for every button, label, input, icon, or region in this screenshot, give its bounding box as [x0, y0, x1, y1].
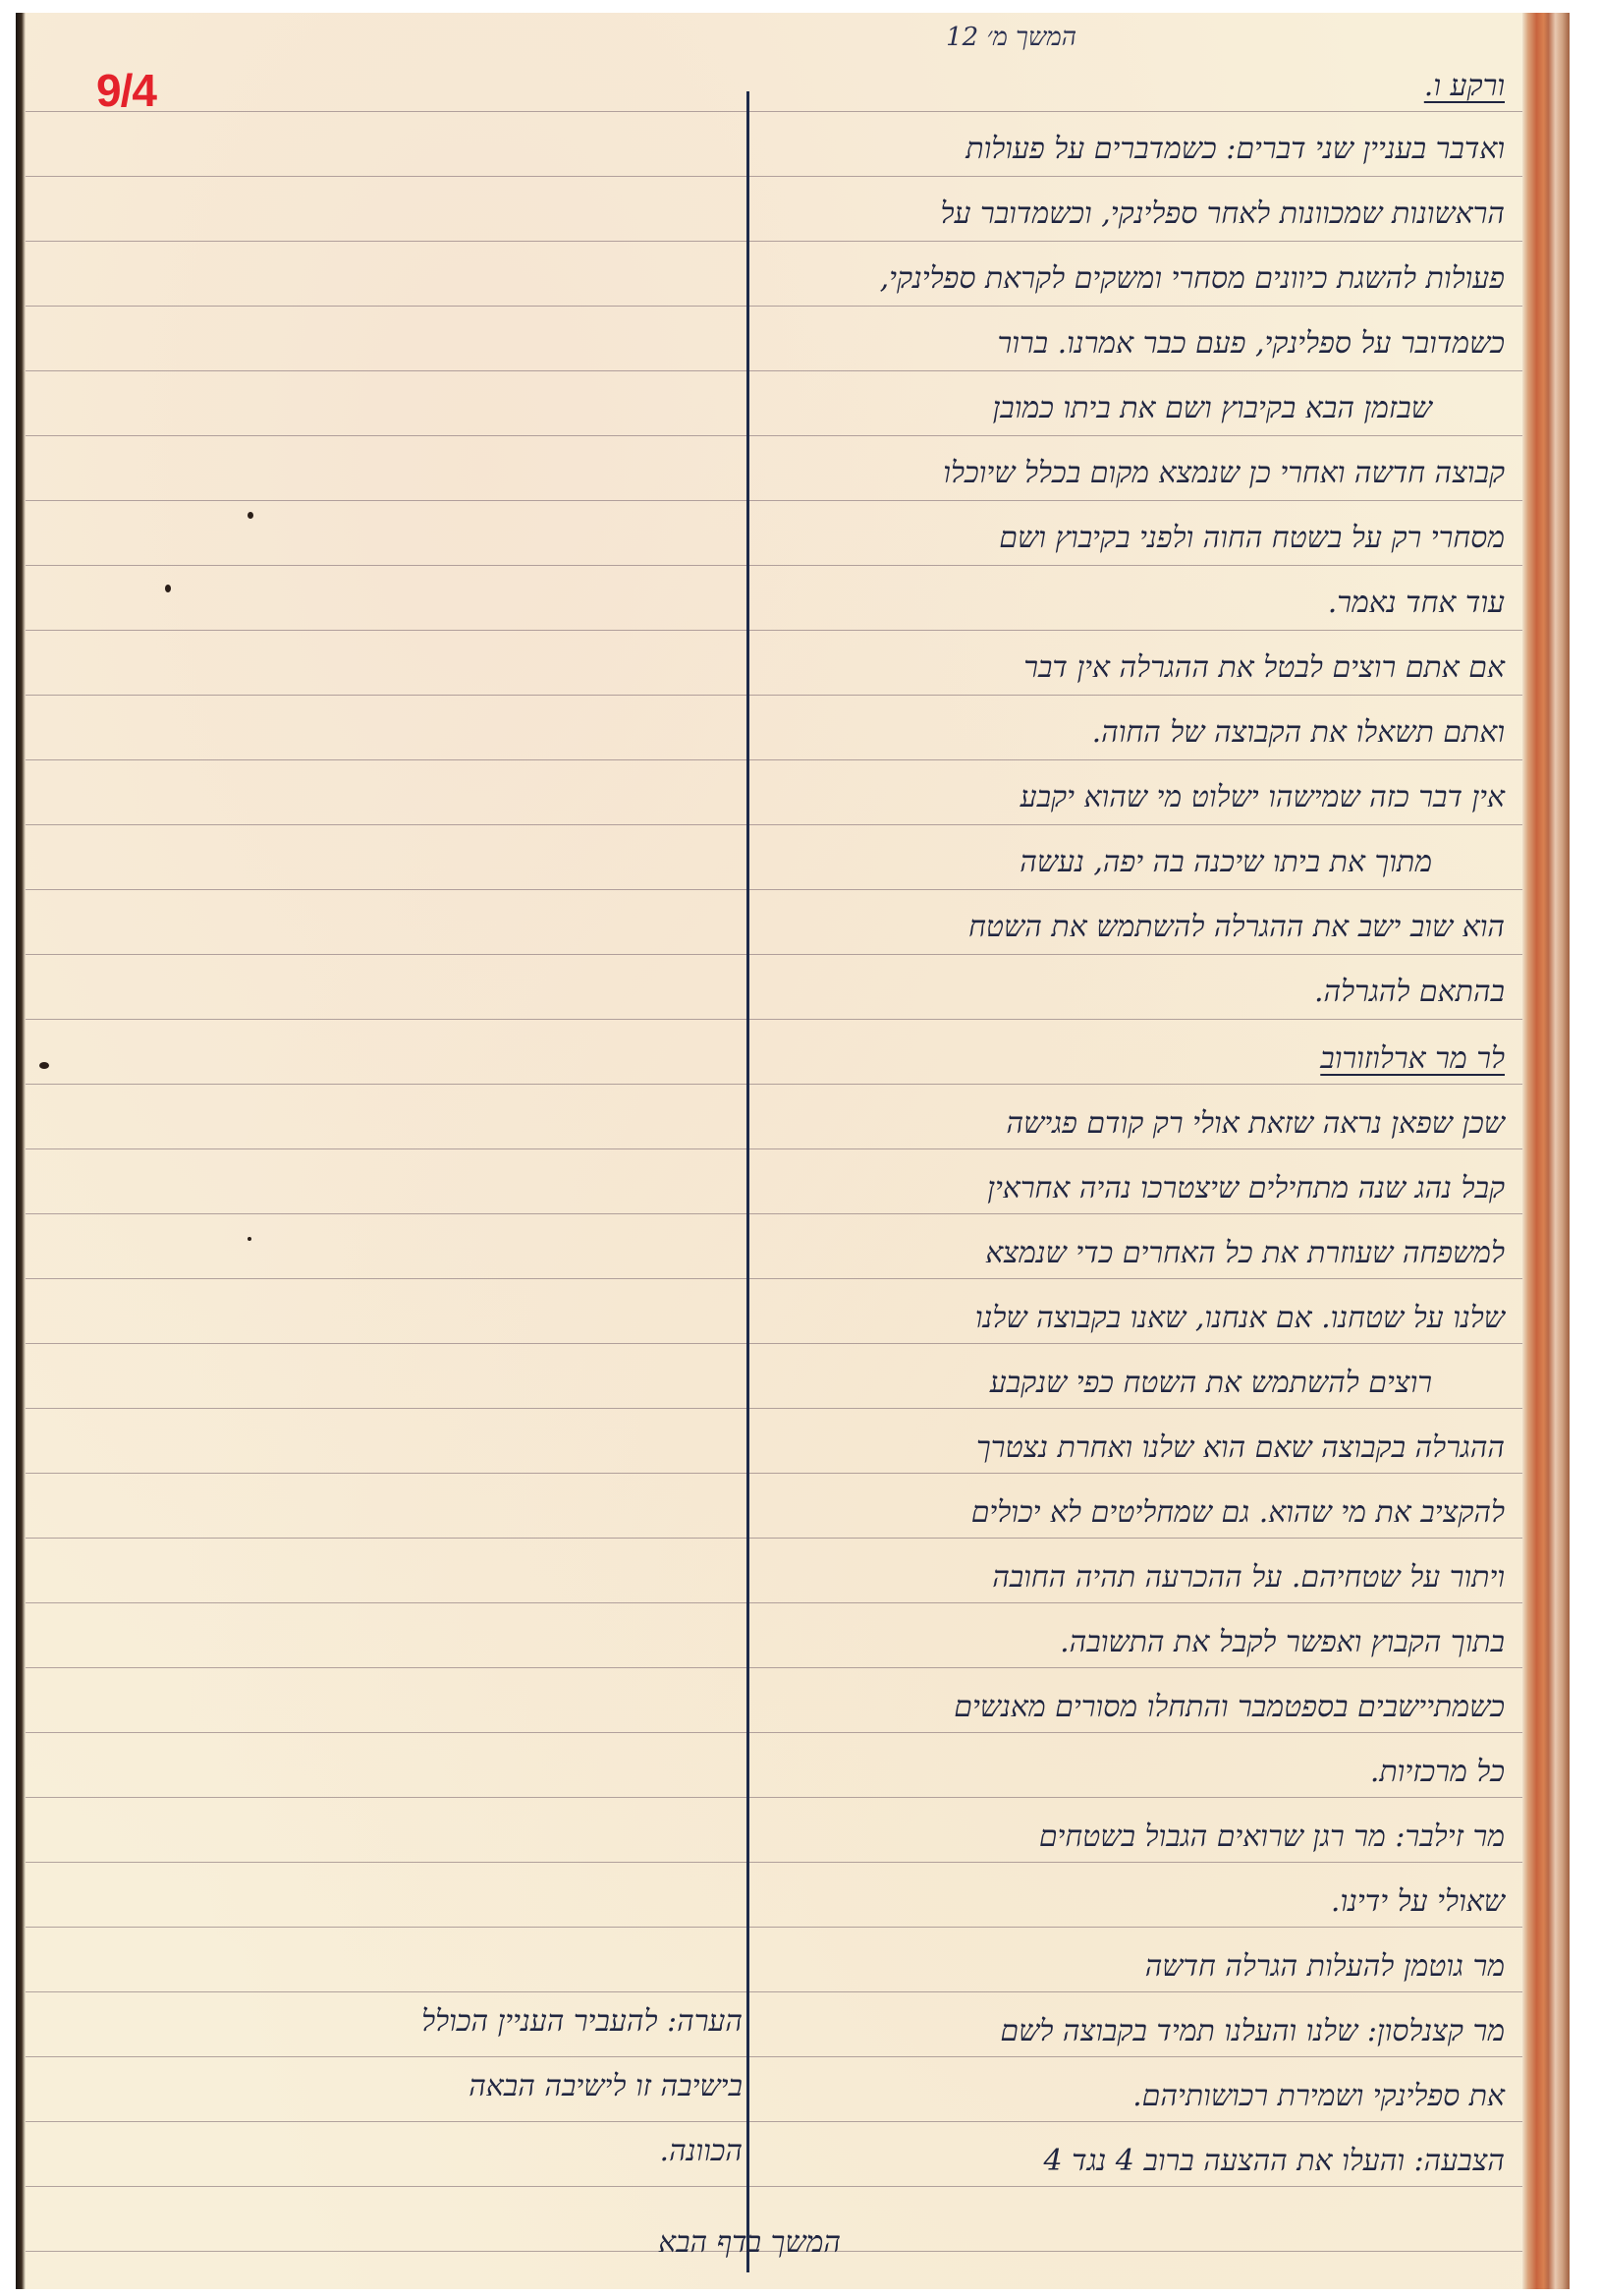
- ruled-line: [26, 954, 1522, 955]
- main-text-line: מסחרי רק על בשטח החוה ולפני בקיבוץ ושם: [758, 524, 1505, 553]
- ruled-line: [26, 306, 1522, 307]
- ruled-line: [26, 111, 1522, 112]
- ruled-line: [26, 1473, 1522, 1474]
- ruled-line: [26, 1408, 1522, 1409]
- main-text-line: שאולי על ידינו.: [758, 1887, 1505, 1917]
- speaker-line: מר זילבר: מר רגן שרואים הגבול בשטחים: [758, 1822, 1505, 1852]
- main-text-line: כל מרכזיות.: [758, 1758, 1505, 1787]
- main-text-line: שבזמן הבא בקיבוץ ושם את ביתו כמובן: [686, 394, 1432, 423]
- ruled-line: [26, 1797, 1522, 1798]
- ruled-line: [26, 241, 1522, 242]
- ruled-line: [26, 176, 1522, 177]
- motion-line: מר קצנלסון: שלנו והעלנו תמיד בקבוצה לשם: [758, 2017, 1505, 2046]
- ruled-line: [26, 500, 1522, 501]
- section-heading: ורקע ו.: [1308, 72, 1505, 101]
- main-text-line: להקציב את מי שהוא. גם שמחליטים לא יכולים: [758, 1498, 1505, 1528]
- ruled-line: [26, 1602, 1522, 1603]
- ruled-line: [26, 1213, 1522, 1214]
- ruled-line: [26, 824, 1522, 825]
- ruled-line: [26, 2186, 1522, 2187]
- ruled-line: [26, 1148, 1522, 1149]
- main-text-line: הוא שוב ישב את ההגרלה להשתמש את השטח: [758, 913, 1505, 942]
- main-text-line: אם אתם רוצים לבטל את ההגרלה אין דבר: [758, 653, 1505, 683]
- ruled-line: [26, 1343, 1522, 1344]
- main-text-line: בתוך הקבוץ ואפשר לקבל את התשובה.: [758, 1628, 1505, 1657]
- motion-speaker: מר גוטמן: [1404, 1949, 1505, 1984]
- right-book-edge: [1522, 13, 1570, 2289]
- ink-speck: [248, 512, 253, 519]
- main-text-line: אין דבר כזה שמישהו ישלוט מי שהוא יקבע: [758, 783, 1505, 812]
- ruled-line: [26, 1862, 1522, 1863]
- ruled-line: [26, 1667, 1522, 1668]
- main-text-line: מתוך את ביתו שיכנה בה יפה, נעשה: [686, 848, 1432, 877]
- main-text-line: פעולות להשגת כיוונים מסחרי ומשקים לקראת …: [758, 264, 1505, 294]
- side-note-line: הערה: להעביר העניין הכולל: [193, 2007, 743, 2037]
- vote-result: הצבעה: והעלו את ההצעה ברוב 4 נגד 4: [758, 2147, 1505, 2176]
- main-text-line: קבל נהג שנה מתחילים שיצטרכו נהיה אחראין: [758, 1174, 1505, 1204]
- main-text-line: ואדבר בעניין שני דברים: כשמדברים על פעול…: [758, 135, 1505, 164]
- ruled-line: [26, 435, 1522, 436]
- main-text-line: ואתם תשאלו את הקבוצה של החוה.: [758, 718, 1505, 748]
- ruled-line: [26, 565, 1522, 566]
- ruled-line: [26, 2056, 1522, 2057]
- main-text-line: קבוצה חדשה ואחרי כן שנמצא מקום בכלל שיוכ…: [758, 459, 1505, 488]
- side-note-line: בישיבה זו לישיבה הבאה: [193, 2072, 743, 2101]
- left-binding-edge: [16, 13, 26, 2289]
- ruled-line: [26, 370, 1522, 371]
- ruled-line: [26, 1927, 1522, 1928]
- motion-text: להעלות הגרלה חדשה: [1145, 1949, 1395, 1984]
- main-text-line: את ספלינקי ושמירת רכושותיהם.: [758, 2082, 1505, 2111]
- speaker-heading: לר מר ארלוזורוב: [1210, 1044, 1505, 1074]
- motion-line: מר גוטמן להעלות הגרלה חדשה: [758, 1952, 1505, 1982]
- ruled-line: [26, 1019, 1522, 1020]
- main-text-line: עוד אחד נאמר.: [758, 588, 1505, 618]
- page-number-stamp: 9/4: [96, 64, 156, 117]
- main-text-line: כשמתיישבים בספטמבר והתחלו מסורים מאנשים: [758, 1693, 1505, 1722]
- ruled-line: [26, 630, 1522, 631]
- ruled-line: [26, 1538, 1522, 1539]
- ruled-line: [26, 1991, 1522, 1992]
- main-text-line: בהתאם להגרלה.: [758, 978, 1505, 1007]
- main-text-line: כשמדובר על ספלינקי, פעם כבר אמרנו. ברור: [758, 329, 1505, 359]
- ruled-line: [26, 1732, 1522, 1733]
- main-text-line: רוצים להשתמש את השטח כפי שנקבע: [686, 1369, 1432, 1398]
- main-text-line: ההגרלה בקבוצה שאם הוא שלנו ואחרת נצטרך: [758, 1433, 1505, 1463]
- ruled-line: [26, 1278, 1522, 1279]
- ruled-line: [26, 695, 1522, 696]
- ink-speck: [39, 1062, 49, 1069]
- notebook-page: 9/4 המשך מ׳ 12 ורקע ו. ואדבר בעניין שני …: [16, 13, 1570, 2289]
- main-text-line: הראשונות שמכוונות לאחר ספלינקי, וכשמדובר…: [758, 199, 1505, 229]
- main-text-line: שכן שפאן נראה שזאת אולי רק קודם פגישה: [758, 1109, 1505, 1139]
- ink-speck: [248, 1237, 251, 1241]
- continued-next-page: המשך בדף הבא: [526, 2228, 841, 2258]
- motion-speaker: מר קצנלסון:: [1367, 2014, 1505, 2048]
- ruled-line: [26, 759, 1522, 760]
- page-top-header: המשך מ׳ 12: [821, 25, 1076, 50]
- ruled-line: [26, 889, 1522, 890]
- ruled-line: [26, 2121, 1522, 2122]
- main-text-line: שלנו על שטחנו. אם אנחנו, שאנו בקבוצה שלנ…: [758, 1304, 1505, 1333]
- ruled-line: [26, 1084, 1522, 1085]
- main-text-line: ויתור על שטחיהם. על ההכרעה תהיה החובה: [758, 1563, 1505, 1593]
- speaker-text: מר רגן שרואים הגבול בשטחים: [1039, 1820, 1386, 1854]
- side-note-line: הכוונה.: [193, 2137, 743, 2166]
- main-text-line: למשפחה שעוזרת את כל האחרים כדי שנמצא: [758, 1239, 1505, 1268]
- motion-text: שלנו והעלנו תמיד בקבוצה לשם: [1000, 2014, 1357, 2048]
- speaker-name: מר זילבר:: [1395, 1820, 1505, 1854]
- ink-speck: [165, 585, 171, 592]
